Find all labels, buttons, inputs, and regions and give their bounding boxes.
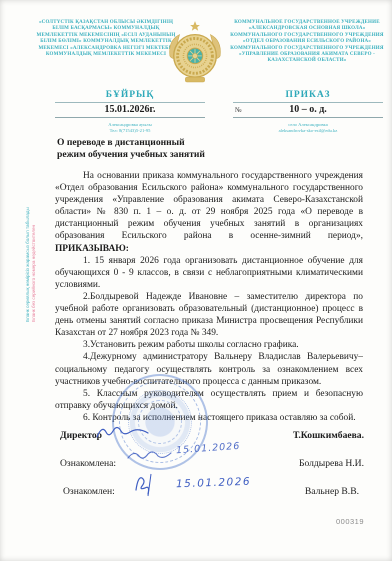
prikazyvayu-word: ПРИКАЗЫВАЮ: [55,244,129,254]
number-sign: № [235,106,242,114]
ack1-label: Ознакомлена: [60,458,116,469]
blank-note-russian: Бланк без серийного номера недействителе… [31,207,37,322]
order-phone: Тел: 8(71543)5-21-95 [55,128,205,134]
blank-note-kazakh: Бланк сериялық нөмірісіз жарамсыз болып … [25,207,31,322]
order-email: aleksandrovka-sko-esil@edu.kz [233,128,383,134]
order-number: 10 – о. д. [289,104,327,115]
order-label-kazakh: БҰЙРЫҚ [55,90,205,100]
order-block-russian: ПРИКАЗ № 10 – о. д. село Александровка a… [233,90,383,134]
order-item-1: 1. 15 января 2026 года организовать дист… [55,255,363,291]
intro-text: На основании приказа коммунального госуд… [55,171,363,241]
order-item-2: 2.Болдыревой Надежде Ивановне – заместит… [55,291,363,339]
document-title: О переводе в дистанционный режим обучени… [57,137,297,161]
blank-validity-note: Бланк сериялық нөмірісіз жарамсыз болып … [25,207,37,322]
ack2-handwritten-date: 15.01.2026 [176,476,251,491]
org-name-kazakh: «СОЛТҮСТІК ҚАЗАҚСТАН ОБЛЫСЫ ӘКІМДІГІНІҢ … [36,20,176,58]
ack2-name: Вальнер В.В. [305,486,359,497]
kazakhstan-emblem-icon [166,21,224,85]
scanned-order-document: «СОЛТҮСТІК ҚАЗАҚСТАН ОБЛЫСЫ ӘКІМДІГІНІҢ … [0,0,392,561]
order-number-line: № 10 – о. д. [233,102,383,118]
order-label-russian: ПРИКАЗ [233,90,383,100]
intro-paragraph: На основании приказа коммунального госуд… [55,170,363,255]
order-item-3: 3.Установить режим работы школы согласно… [55,339,363,351]
order-item-5: 5. Классным руководителям осуществлять п… [55,388,363,412]
director-signature [94,423,152,443]
ack1-signature [126,447,174,463]
order-body: На основании приказа коммунального госуд… [55,170,363,424]
blank-serial-number: 000319 [336,517,364,526]
order-block-kazakh: БҰЙРЫҚ 15.01.2026г. Александровка ауылы … [55,90,205,134]
ack1-name: Болдырева Н.И. [299,458,364,469]
order-item-4: 4.Дежурному администратору Вальнеру Влад… [55,351,363,387]
title-line-1: О переводе в дистанционный [57,137,297,149]
order-date: 15.01.2026г. [55,102,205,118]
ack2-signature [132,472,158,498]
ack2-label: Ознакомлен: [63,486,115,497]
org-name-russian: КОММУНАЛЬНОЕ ГОСУДАРСТВЕННОЕ УЧРЕЖДЕНИЕ … [228,20,386,65]
title-line-2: режим обучения учебных занятий [57,149,297,161]
director-name: Т.Кошкимбаева. [293,430,364,441]
